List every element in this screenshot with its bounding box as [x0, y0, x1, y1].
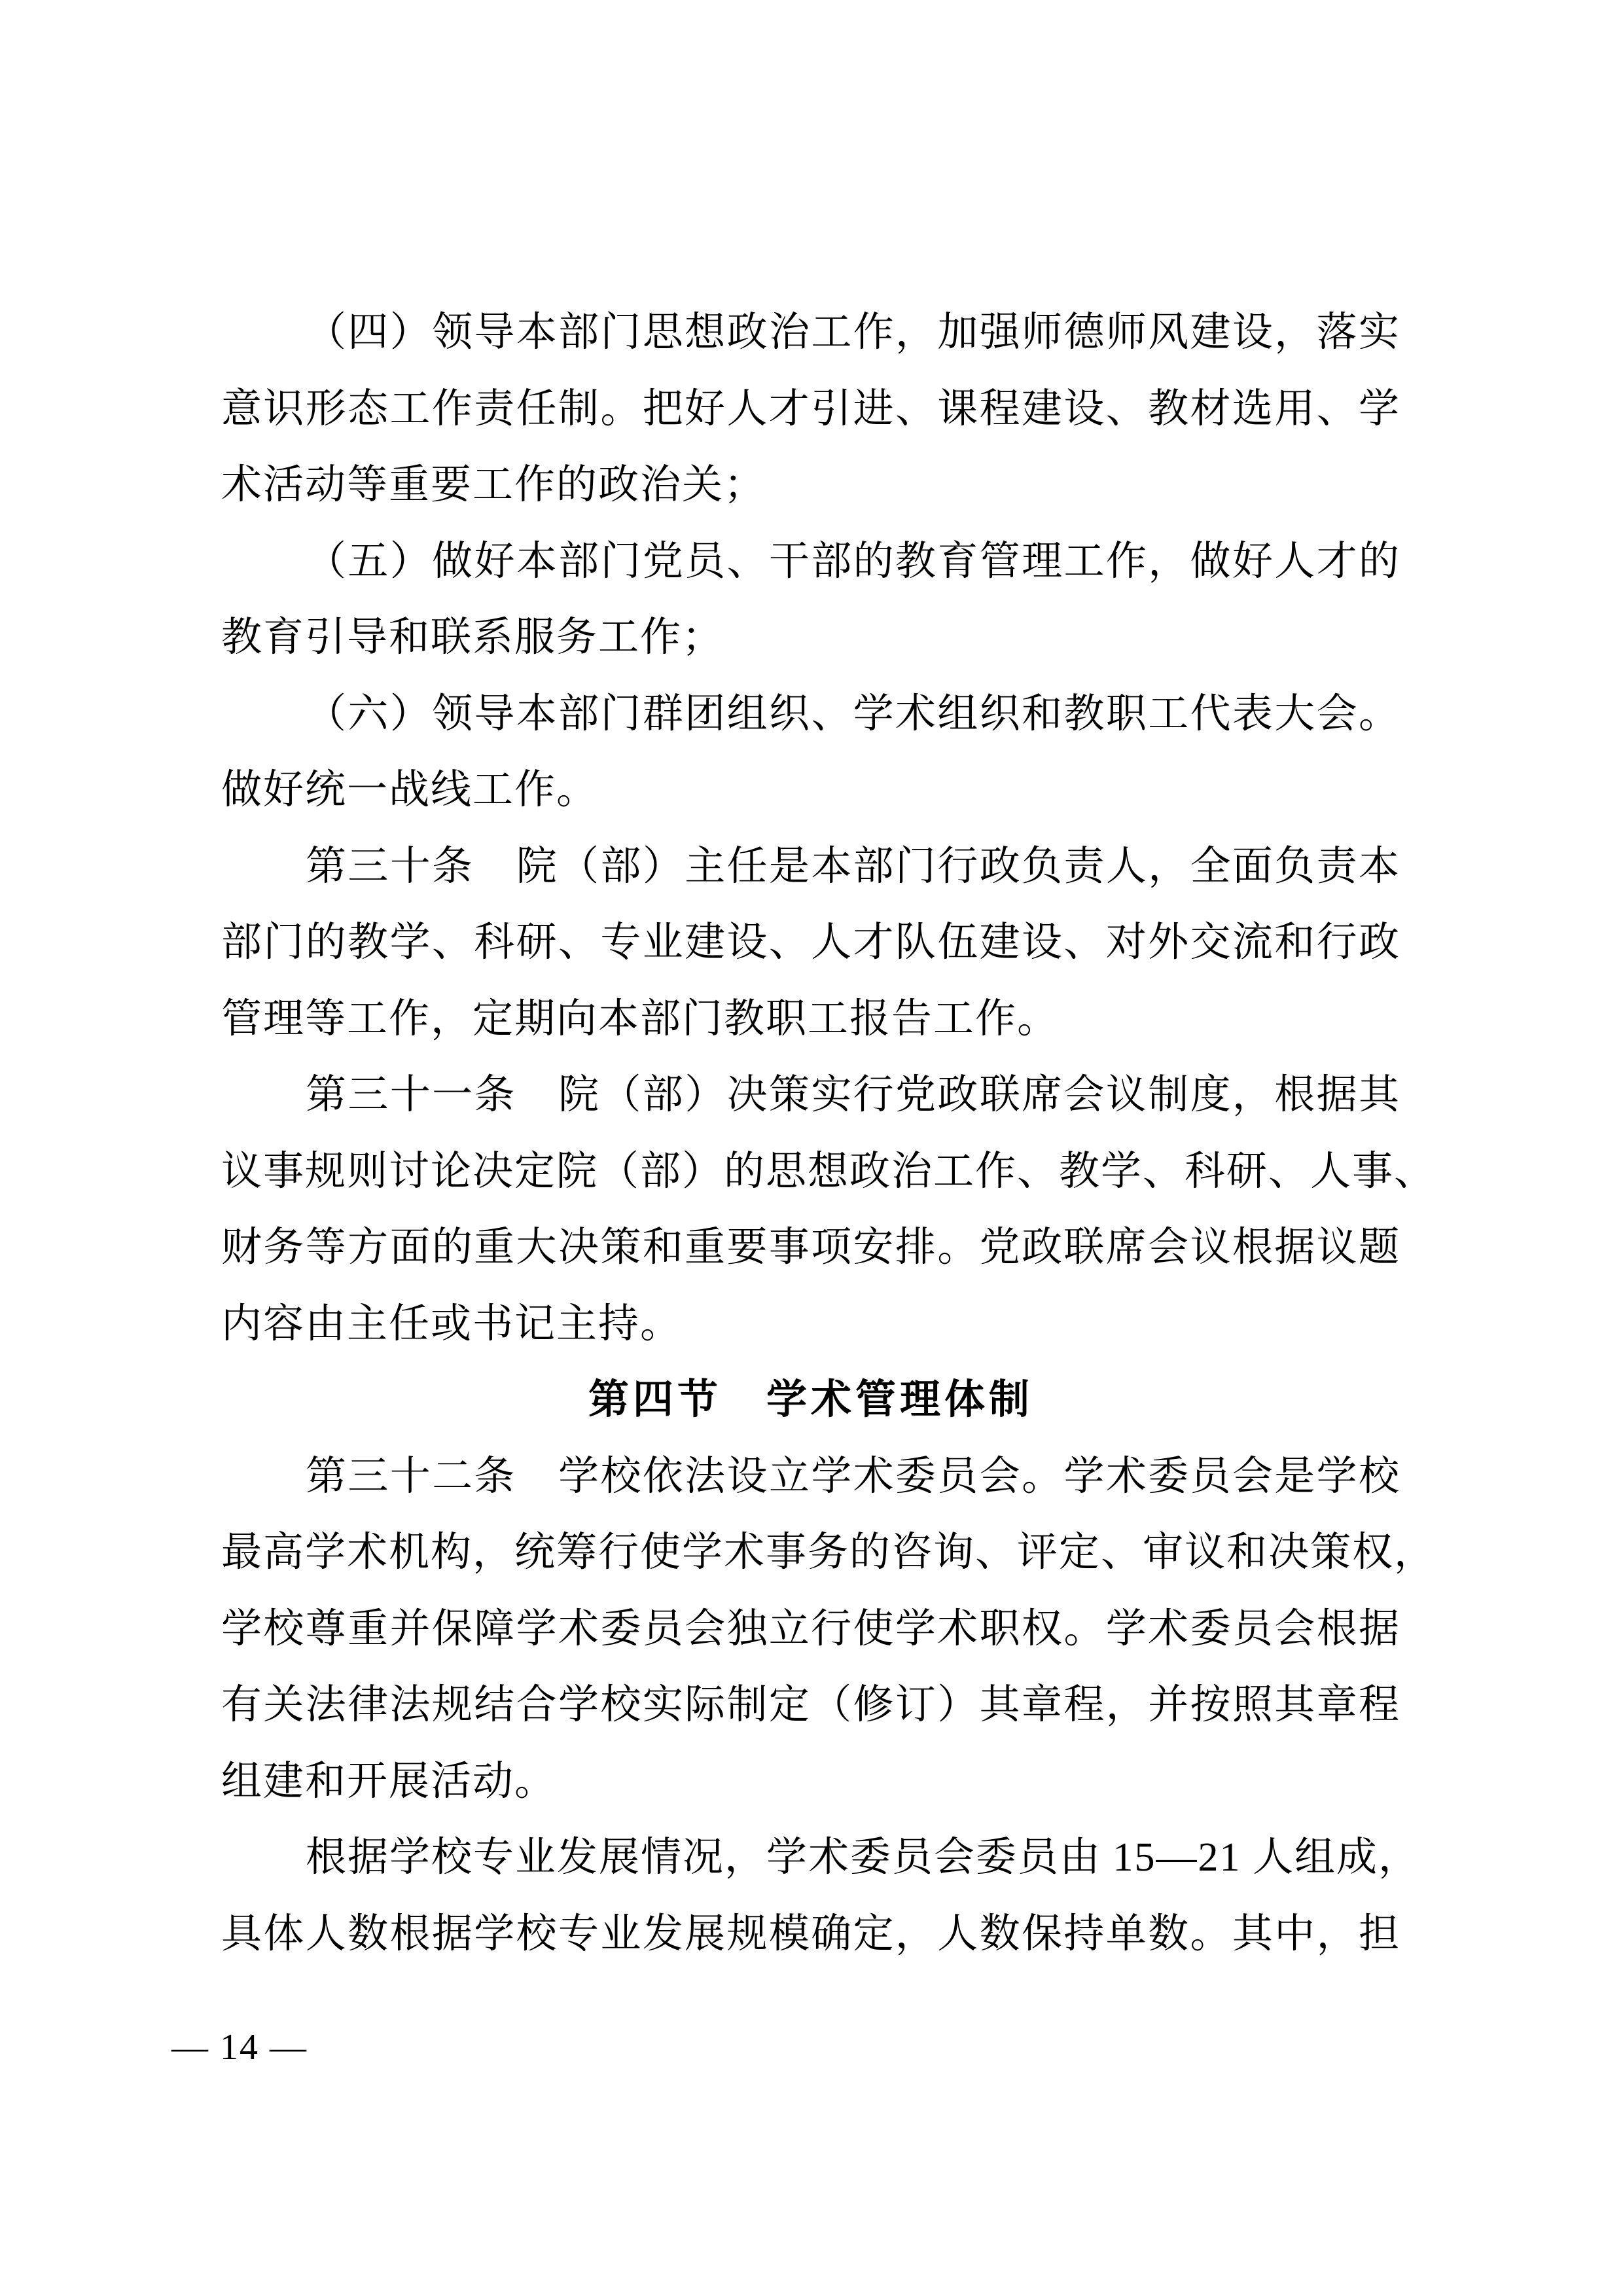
page-number: — 14 — [171, 2027, 308, 2068]
body-line: 教育引导和联系服务工作； [221, 600, 1400, 676]
body-line: 内容由主任或书记主持。 [221, 1286, 1400, 1363]
body-line: 具体人数根据学校专业发展规模确定，人数保持单数。其中，担 [221, 1896, 1400, 1973]
body-line: 意识形态工作责任制。把好人才引进、课程建设、教材选用、学 [221, 371, 1400, 448]
body-line: 术活动等重要工作的政治关； [221, 447, 1400, 524]
document-body: （四）领导本部门思想政治工作，加强师德师风建设，落实意识形态工作责任制。把好人才… [221, 295, 1400, 1972]
document-page: （四）领导本部门思想政治工作，加强师德师风建设，落实意识形态工作责任制。把好人才… [0, 0, 1623, 2296]
body-line: （四）领导本部门思想政治工作，加强师德师风建设，落实 [221, 295, 1400, 371]
body-line: 学校尊重并保障学术委员会独立行使学术职权。学术委员会根据 [221, 1591, 1400, 1668]
body-line: 第三十二条 学校依法设立学术委员会。学术委员会是学校 [221, 1439, 1400, 1515]
body-line: 第三十条 院（部）主任是本部门行政负责人，全面负责本 [221, 829, 1400, 905]
body-line: 议事规则讨论决定院（部）的思想政治工作、教学、科研、人事、 [221, 1134, 1400, 1210]
body-line: （六）领导本部门群团组织、学术组织和教职工代表大会。 [221, 676, 1400, 753]
body-line: 有关法律法规结合学校实际制定（修订）其章程，并按照其章程 [221, 1667, 1400, 1744]
body-line: 第三十一条 院（部）决策实行党政联席会议制度，根据其 [221, 1057, 1400, 1134]
section-heading: 第四节 学术管理体制 [221, 1362, 1400, 1439]
body-line: 部门的教学、科研、专业建设、人才队伍建设、对外交流和行政 [221, 905, 1400, 981]
body-line: 做好统一战线工作。 [221, 752, 1400, 829]
body-line: 最高学术机构，统筹行使学术事务的咨询、评定、审议和决策权， [221, 1515, 1400, 1591]
page-footer: — 14 — [171, 2024, 308, 2070]
body-line: 组建和开展活动。 [221, 1744, 1400, 1820]
body-line: （五）做好本部门党员、干部的教育管理工作，做好人才的 [221, 524, 1400, 600]
body-line: 根据学校专业发展情况，学术委员会委员由 15—21 人组成， [221, 1820, 1400, 1896]
body-line: 管理等工作，定期向本部门教职工报告工作。 [221, 981, 1400, 1058]
body-line: 财务等方面的重大决策和重要事项安排。党政联席会议根据议题 [221, 1210, 1400, 1286]
